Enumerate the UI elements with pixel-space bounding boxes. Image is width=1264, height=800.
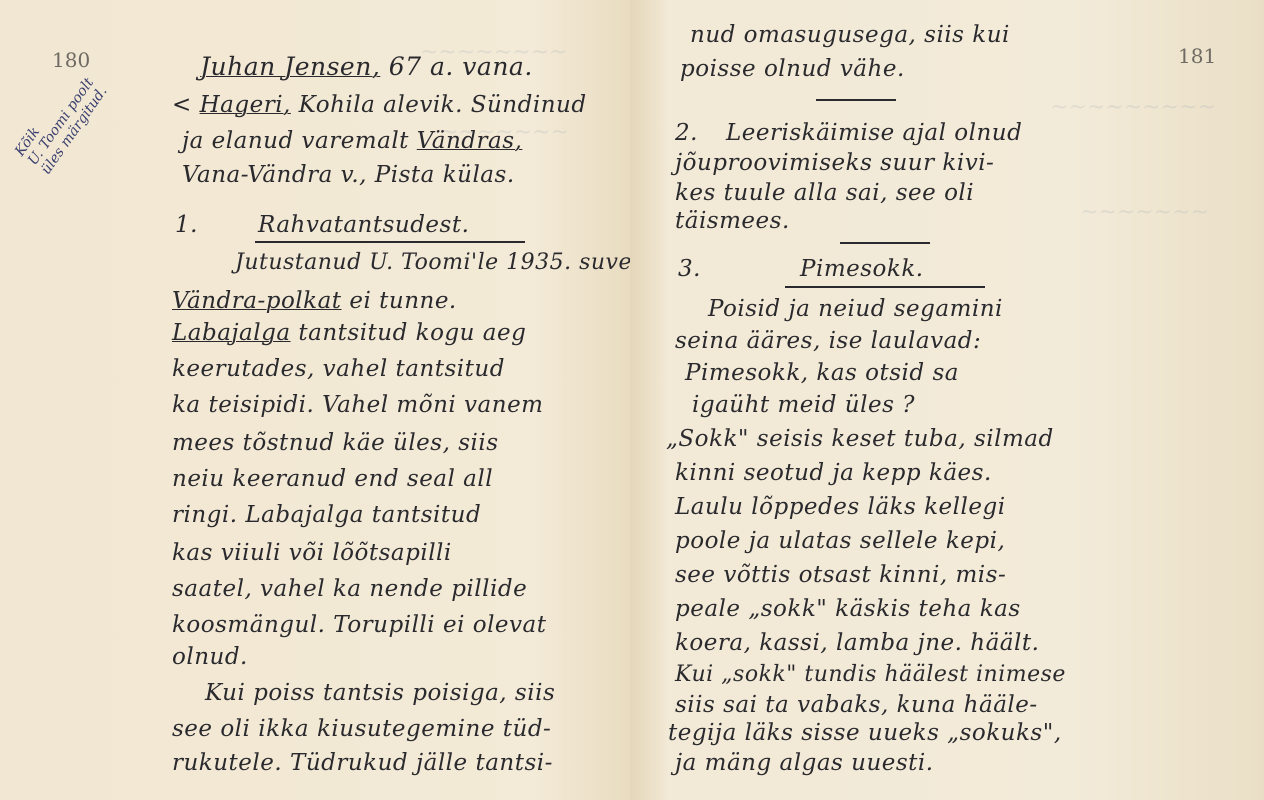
place-name: Vändras, bbox=[417, 128, 523, 154]
body-line: poisse olnud vähe. bbox=[680, 56, 905, 82]
body-line: siis sai ta vabaks, kuna hääle- bbox=[675, 692, 1038, 718]
text: Kohila alevik. Sündinud bbox=[291, 92, 587, 118]
body-line: seina ääres, ise laulavad: bbox=[675, 328, 981, 354]
body-line: mees tõstnud käe üles, siis bbox=[172, 430, 499, 456]
body-line: Laulu lõppedes läks kellegi bbox=[675, 494, 1006, 520]
dance-name: Labajalga bbox=[172, 320, 291, 346]
body-line: „Sokk" seisis keset tuba, silmad bbox=[666, 426, 1054, 452]
body-line: Vändra-polkat ei tunne. bbox=[172, 288, 457, 314]
section-title: Pimesokk. bbox=[800, 256, 924, 282]
section-number: 2. bbox=[675, 120, 698, 146]
body-line: Leeriskäimise ajal olnud bbox=[726, 120, 1022, 146]
notebook-spread: ~~~~~~~~ ~~~~~~~ 180 Kõik U. Toomi poolt… bbox=[0, 0, 1264, 800]
section-divider bbox=[816, 99, 896, 101]
body-line: igaüht meid üles ? bbox=[692, 392, 915, 418]
dance-name: Vändra-polkat bbox=[172, 288, 342, 314]
place-name: Hageri, bbox=[200, 92, 291, 118]
text: Vana-Vändra v., Pista külas. bbox=[182, 162, 515, 188]
body-line: Kui „sokk" tundis häälest inimese bbox=[675, 662, 1066, 687]
body-line: rukutele. Tüdrukud jälle tantsi- bbox=[172, 750, 553, 776]
body-line: täismees. bbox=[675, 208, 790, 234]
text: tantsitud kogu aeg bbox=[291, 320, 527, 346]
body-line: poole ja ulatas sellele kepi, bbox=[675, 528, 1005, 554]
right-page: ~~~~~~~~~ ~~~~~~~ 181 nud omasugusega, s… bbox=[630, 0, 1264, 800]
body-line: neiu keeranud end seal all bbox=[172, 466, 493, 492]
body-line: ka teisipidi. Vahel mõni vanem bbox=[172, 392, 544, 418]
body-line: Labajalga tantsitud kogu aeg bbox=[172, 320, 526, 346]
title-underline bbox=[255, 241, 525, 243]
bleed-through-text: ~~~~~~~ bbox=[1080, 200, 1209, 225]
margin-note: Kõik U. Toomi poolt üles märgitud. bbox=[12, 65, 111, 177]
body-line: see oli ikka kiusutegemine tüd- bbox=[172, 716, 551, 742]
body-line: nud omasugusega, siis kui bbox=[690, 22, 1010, 48]
body-line: olnud. bbox=[172, 644, 248, 670]
header-line: Vana-Vändra v., Pista külas. bbox=[182, 162, 515, 188]
informant-age: 67 a. vana. bbox=[389, 52, 533, 81]
body-line: peale „sokk" käskis teha kas bbox=[675, 596, 1021, 622]
section-title: Rahvatantsudest. bbox=[258, 212, 469, 238]
bleed-through-text: ~~~~~~~~~ bbox=[1050, 95, 1216, 120]
informant-header: Juhan Jensen, 67 a. vana. bbox=[200, 52, 533, 81]
section-intro: Jutustanud U. Toomi'le 1935. suvel bbox=[235, 250, 640, 275]
section-number: 1. bbox=[175, 212, 198, 238]
title-underline bbox=[785, 286, 985, 288]
body-line: Kui poiss tantsis poisiga, siis bbox=[205, 680, 555, 706]
left-page: ~~~~~~~~ ~~~~~~~ 180 Kõik U. Toomi poolt… bbox=[0, 0, 630, 800]
section-divider bbox=[840, 242, 930, 244]
arrow-mark: < bbox=[172, 92, 200, 118]
informant-name: Juhan Jensen, bbox=[200, 52, 380, 81]
text: ja elanud varemalt bbox=[182, 128, 417, 154]
body-line: Poisid ja neiud segamini bbox=[708, 296, 1003, 322]
section-number: 3. bbox=[678, 256, 701, 282]
body-line: kas viiuli või lõõtsapilli bbox=[172, 540, 452, 566]
body-line: saatel, vahel ka nende pillide bbox=[172, 576, 527, 602]
body-line: jõuproovimiseks suur kivi- bbox=[675, 150, 994, 176]
body-line: kinni seotud ja kepp käes. bbox=[675, 460, 992, 486]
body-line: koosmängul. Torupilli ei olevat bbox=[172, 612, 547, 638]
body-line: ja mäng algas uuesti. bbox=[675, 750, 934, 776]
header-line: ja elanud varemalt Vändras, bbox=[182, 128, 522, 154]
text: ei tunne. bbox=[342, 288, 457, 314]
body-line: ringi. Labajalga tantsitud bbox=[172, 502, 481, 528]
body-line: tegija läks sisse uueks „sokuks", bbox=[668, 720, 1062, 746]
page-number: 181 bbox=[1178, 44, 1216, 68]
body-line: kes tuule alla sai, see oli bbox=[675, 180, 974, 206]
body-line: see võttis otsast kinni, mis- bbox=[675, 562, 1006, 588]
header-line: < Hageri, Kohila alevik. Sündinud bbox=[172, 92, 587, 118]
body-line: keerutades, vahel tantsitud bbox=[172, 356, 505, 382]
body-line: koera, kassi, lamba jne. häält. bbox=[675, 630, 1039, 656]
body-line: Pimesokk, kas otsid sa bbox=[685, 360, 959, 386]
